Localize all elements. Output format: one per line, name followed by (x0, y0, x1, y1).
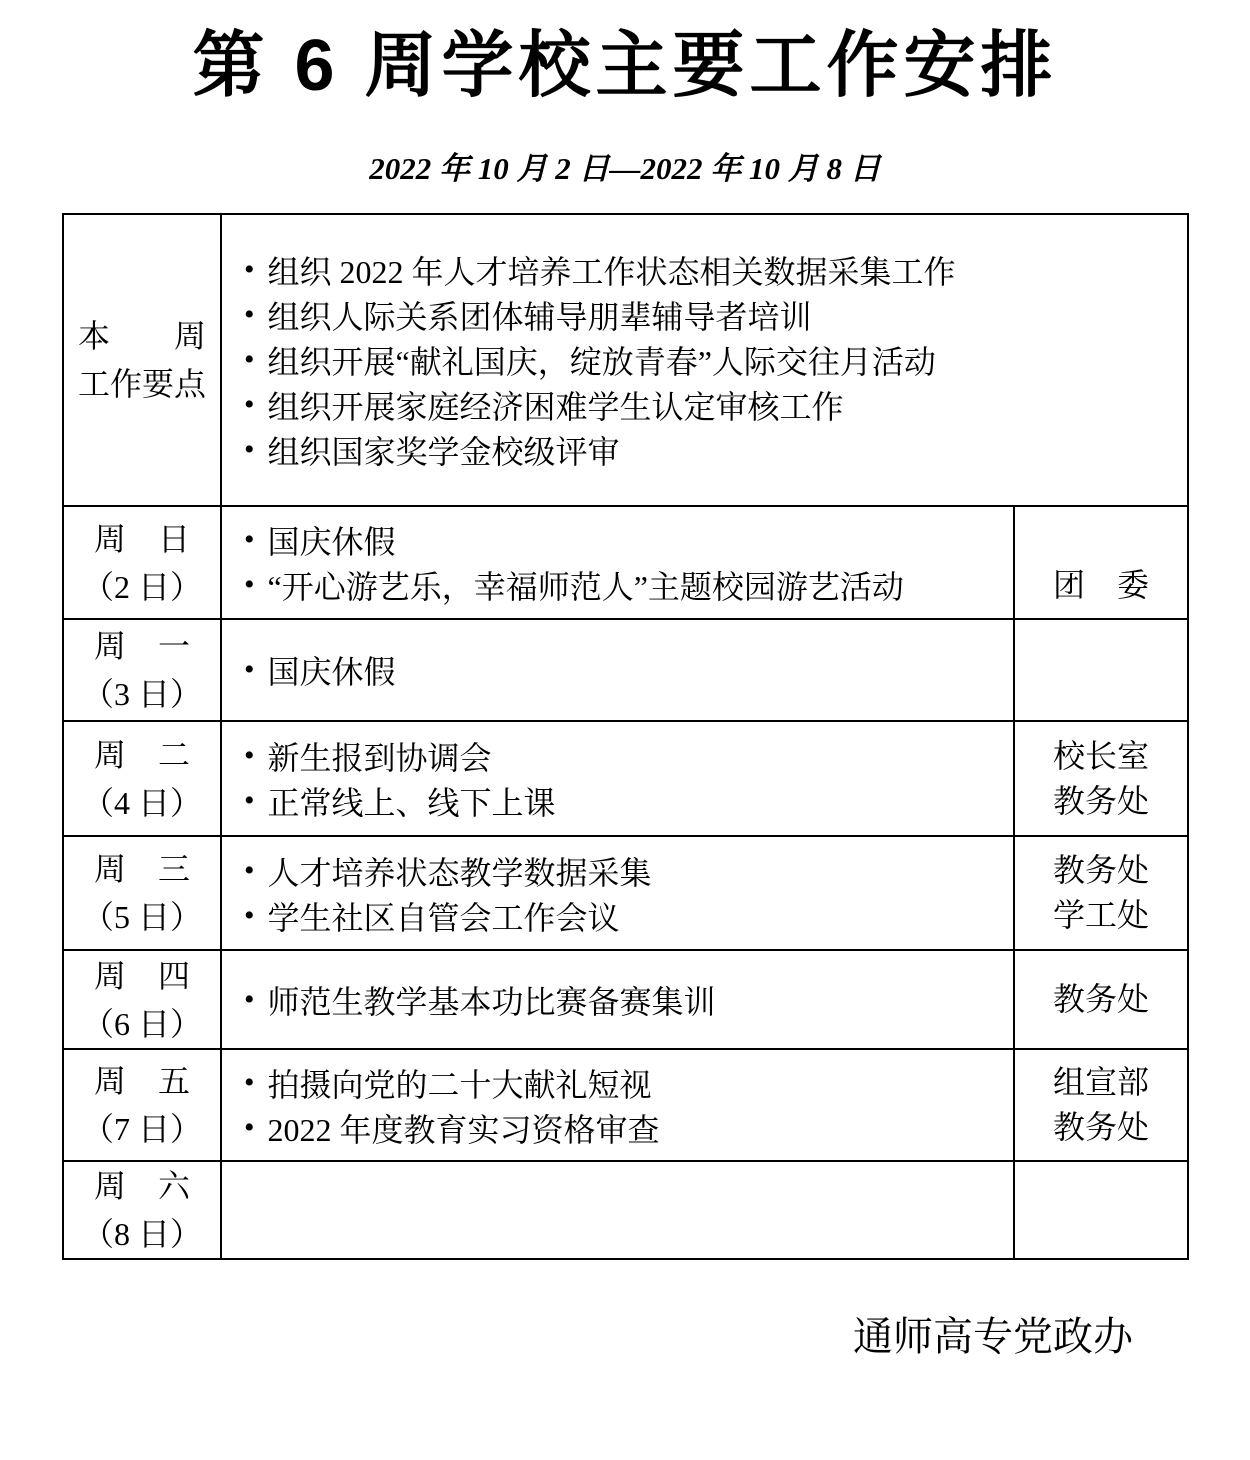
overview-item-text: 组织开展“献礼国庆，绽放青春”人际交往月活动 (268, 337, 936, 383)
day-date: （8 日） (82, 1210, 202, 1258)
dept-name: 教务处 (1053, 977, 1149, 1022)
task-text: 新生报到协调会 (268, 733, 492, 779)
day-label-tuesday: 周 二 （4 日） (64, 722, 222, 835)
dept-name: 组宣部 (1053, 1060, 1149, 1105)
task-line: •2022 年度教育实习资格审查 (244, 1105, 660, 1150)
day-date: （7 日） (82, 1105, 202, 1153)
overview-item-text: 组织开展家庭经济困难学生认定审核工作 (268, 382, 844, 428)
task-line: •学生社区自管会工作会议 (244, 893, 620, 938)
dept-name: 教务处 (1053, 1105, 1149, 1150)
bullet-icon: • (244, 983, 255, 1017)
bullet-icon: • (244, 253, 255, 287)
bullet-icon: • (244, 653, 255, 687)
task-text: “开心游艺乐，幸福师范人”主题校园游艺活动 (268, 562, 904, 608)
dept-name: 教务处 (1053, 779, 1149, 824)
overview-item-text: 组织 2022 年人才培养工作状态相关数据采集工作 (268, 247, 956, 293)
task-line: •正常线上、线下上课 (244, 779, 556, 824)
bullet-icon: • (244, 523, 255, 557)
overview-item: •组织 2022 年人才培养工作状态相关数据采集工作 (244, 248, 956, 293)
day-name: 周 一 (94, 622, 190, 670)
day-label-friday: 周 五 （7 日） (64, 1050, 222, 1160)
day-name: 周 五 (94, 1057, 190, 1105)
day-name: 周 三 (94, 845, 190, 893)
day-tasks-monday: •国庆休假 (222, 620, 1015, 720)
task-text: 国庆休假 (268, 517, 396, 563)
task-text: 师范生教学基本功比赛备赛集训 (268, 977, 716, 1023)
bullet-icon: • (244, 433, 255, 467)
row-saturday: 周 六 （8 日） (64, 1162, 1187, 1258)
task-text: 国庆休假 (268, 647, 396, 693)
dept-name: 教务处 (1053, 848, 1149, 893)
bullet-icon: • (244, 899, 255, 933)
dept-name: 校长室 (1053, 734, 1149, 779)
bullet-icon: • (244, 854, 255, 888)
overview-label-cell: 本 周 工作要点 (64, 215, 222, 505)
row-wednesday: 周 三 （5 日） •人才培养状态教学数据采集 •学生社区自管会工作会议 教务处… (64, 837, 1187, 951)
day-tasks-tuesday: •新生报到协调会 •正常线上、线下上课 (222, 722, 1015, 835)
bullet-icon: • (244, 1111, 255, 1145)
overview-label-line1: 本 周 (78, 312, 206, 360)
row-friday: 周 五 （7 日） •拍摄向党的二十大献礼短视 •2022 年度教育实习资格审查… (64, 1050, 1187, 1162)
day-date: （5 日） (82, 893, 202, 941)
bullet-icon: • (244, 298, 255, 332)
day-date: （3 日） (82, 670, 202, 718)
day-label-thursday: 周 四 （6 日） (64, 951, 222, 1048)
day-depts-wednesday: 教务处 学工处 (1015, 837, 1187, 949)
dept-name: 团 委 (1053, 563, 1149, 608)
overview-label-line2: 工作要点 (78, 360, 206, 408)
day-tasks-friday: •拍摄向党的二十大献礼短视 •2022 年度教育实习资格审查 (222, 1050, 1015, 1160)
task-line: •人才培养状态教学数据采集 (244, 848, 652, 893)
overview-item: •组织开展家庭经济困难学生认定审核工作 (244, 383, 844, 428)
day-tasks-saturday (222, 1162, 1015, 1258)
day-name: 周 四 (94, 952, 190, 1000)
day-label-saturday: 周 六 （8 日） (64, 1162, 222, 1258)
overview-item-text: 组织人际关系团体辅导朋辈辅导者培训 (268, 292, 812, 338)
day-tasks-wednesday: •人才培养状态教学数据采集 •学生社区自管会工作会议 (222, 837, 1015, 949)
row-monday: 周 一 （3 日） •国庆休假 (64, 620, 1187, 722)
day-label-sunday: 周 日 （2 日） (64, 507, 222, 618)
bullet-icon: • (244, 343, 255, 377)
day-tasks-thursday: •师范生教学基本功比赛备赛集训 (222, 951, 1015, 1048)
issuing-office: 通师高专党政办 (853, 1308, 1133, 1366)
day-depts-friday: 组宣部 教务处 (1015, 1050, 1187, 1160)
row-sunday: 周 日 （2 日） •国庆休假 •“开心游艺乐，幸福师范人”主题校园游艺活动 团… (64, 507, 1187, 620)
overview-items-cell: •组织 2022 年人才培养工作状态相关数据采集工作 •组织人际关系团体辅导朋辈… (222, 215, 1187, 505)
row-thursday: 周 四 （6 日） •师范生教学基本功比赛备赛集训 教务处 (64, 951, 1187, 1050)
day-name: 周 日 (94, 515, 190, 563)
date-range: 2022 年 10 月 2 日—2022 年 10 月 8 日 (0, 142, 1250, 196)
day-depts-monday (1015, 620, 1187, 720)
task-text: 拍摄向党的二十大献礼短视 (268, 1060, 652, 1106)
bullet-icon: • (244, 388, 255, 422)
task-text: 正常线上、线下上课 (268, 778, 556, 824)
day-date: （6 日） (82, 1000, 202, 1048)
day-name: 周 六 (94, 1162, 190, 1210)
day-depts-saturday (1015, 1162, 1187, 1258)
task-line: •国庆休假 (244, 648, 396, 693)
day-label-wednesday: 周 三 （5 日） (64, 837, 222, 949)
bullet-icon: • (244, 784, 255, 818)
schedule-table: 本 周 工作要点 •组织 2022 年人才培养工作状态相关数据采集工作 •组织人… (62, 213, 1189, 1260)
day-name: 周 二 (94, 731, 190, 779)
overview-item: •组织开展“献礼国庆，绽放青春”人际交往月活动 (244, 338, 936, 383)
day-tasks-sunday: •国庆休假 •“开心游艺乐，幸福师范人”主题校园游艺活动 (222, 507, 1015, 618)
bullet-icon: • (244, 568, 255, 602)
task-text: 学生社区自管会工作会议 (268, 893, 620, 939)
day-depts-thursday: 教务处 (1015, 951, 1187, 1048)
task-line: •拍摄向党的二十大献礼短视 (244, 1060, 652, 1105)
page-title: 第 6 周学校主要工作安排 (0, 16, 1250, 116)
task-line: •师范生教学基本功比赛备赛集训 (244, 977, 716, 1022)
day-depts-sunday: 团 委 (1015, 507, 1187, 618)
day-depts-tuesday: 校长室 教务处 (1015, 722, 1187, 835)
row-tuesday: 周 二 （4 日） •新生报到协调会 •正常线上、线下上课 校长室 教务处 (64, 722, 1187, 837)
dept-name: 学工处 (1053, 893, 1149, 938)
row-overview: 本 周 工作要点 •组织 2022 年人才培养工作状态相关数据采集工作 •组织人… (64, 215, 1187, 507)
task-line: •“开心游艺乐，幸福师范人”主题校园游艺活动 (244, 563, 904, 608)
day-date: （4 日） (82, 779, 202, 827)
overview-item: •组织人际关系团体辅导朋辈辅导者培训 (244, 293, 812, 338)
overview-item-text: 组织国家奖学金校级评审 (268, 427, 620, 473)
task-line: •新生报到协调会 (244, 734, 492, 779)
day-label-monday: 周 一 （3 日） (64, 620, 222, 720)
task-text: 人才培养状态教学数据采集 (268, 848, 652, 894)
bullet-icon: • (244, 739, 255, 773)
bullet-icon: • (244, 1066, 255, 1100)
day-date: （2 日） (82, 563, 202, 611)
task-text: 2022 年度教育实习资格审查 (268, 1105, 660, 1151)
overview-item: •组织国家奖学金校级评审 (244, 428, 620, 473)
task-line: •国庆休假 (244, 518, 396, 563)
